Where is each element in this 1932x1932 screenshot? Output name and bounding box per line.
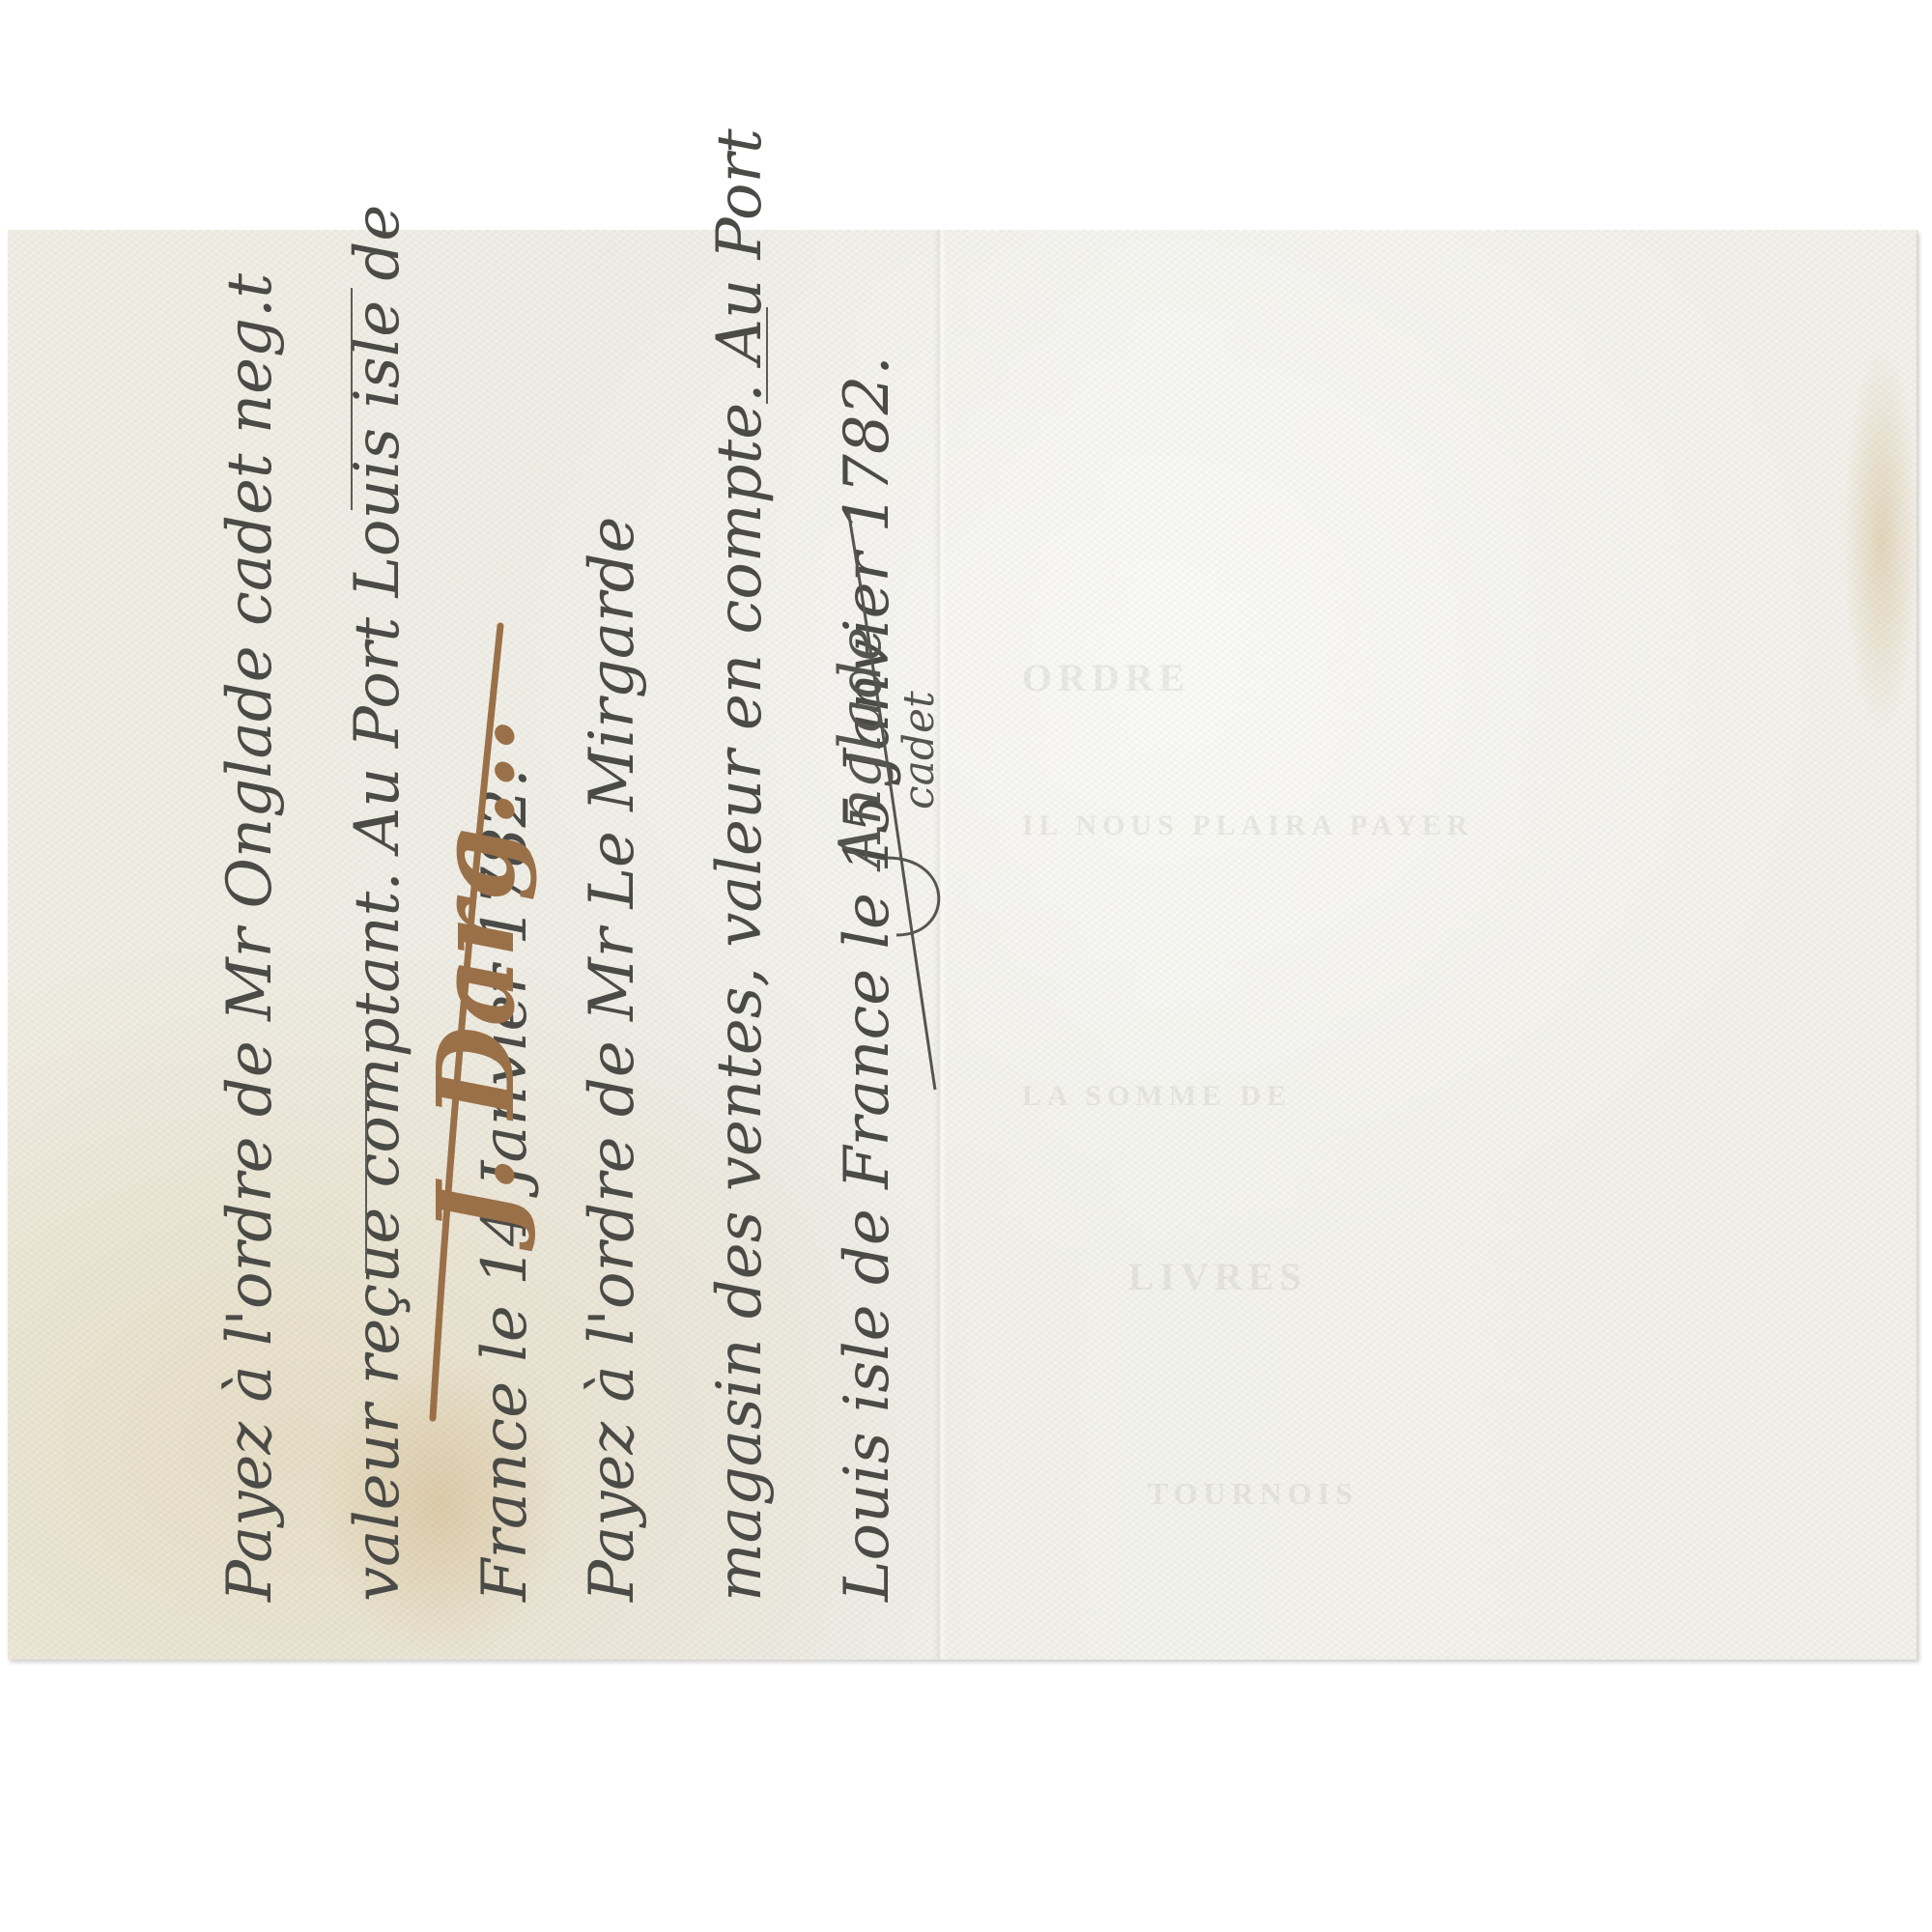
ghost-print-line: IL NOUS PLAIRA PAYER bbox=[1022, 810, 1474, 842]
signature-2-name: Anglade bbox=[827, 627, 895, 867]
ghost-print-line: ORDRE bbox=[1022, 655, 1190, 700]
paper-fold bbox=[933, 230, 947, 1660]
ghost-print-line: LIVRES bbox=[1128, 1254, 1307, 1299]
document-sheet: ORDRE IL NOUS PLAIRA PAYER LA SOMME DE L… bbox=[8, 230, 1918, 1660]
separator-rule bbox=[365, 1070, 367, 1273]
ghost-print-line: TOURNOIS bbox=[1148, 1476, 1358, 1512]
endorsement-2-line: Payez à l'ordre de Mr Le Mirgarde bbox=[549, 128, 676, 1602]
separator-rule bbox=[351, 288, 353, 510]
signature-2: Anglade cadet bbox=[827, 627, 945, 867]
signature-1-name: J. Darg... bbox=[413, 716, 538, 1235]
foxing-stain bbox=[1843, 346, 1920, 732]
endorsement-1-line: Payez à l'ordre de Mr Onglade cadet neg.… bbox=[186, 205, 314, 1602]
ghost-print-line: LA SOMME DE bbox=[1022, 1080, 1292, 1113]
separator-rule bbox=[766, 307, 768, 404]
signature-1: J. Darg... bbox=[413, 716, 538, 1235]
endorsement-2-line: magasin des ventes, valeur en compte. Au… bbox=[676, 128, 804, 1602]
signature-2-subline: cadet bbox=[895, 627, 945, 867]
